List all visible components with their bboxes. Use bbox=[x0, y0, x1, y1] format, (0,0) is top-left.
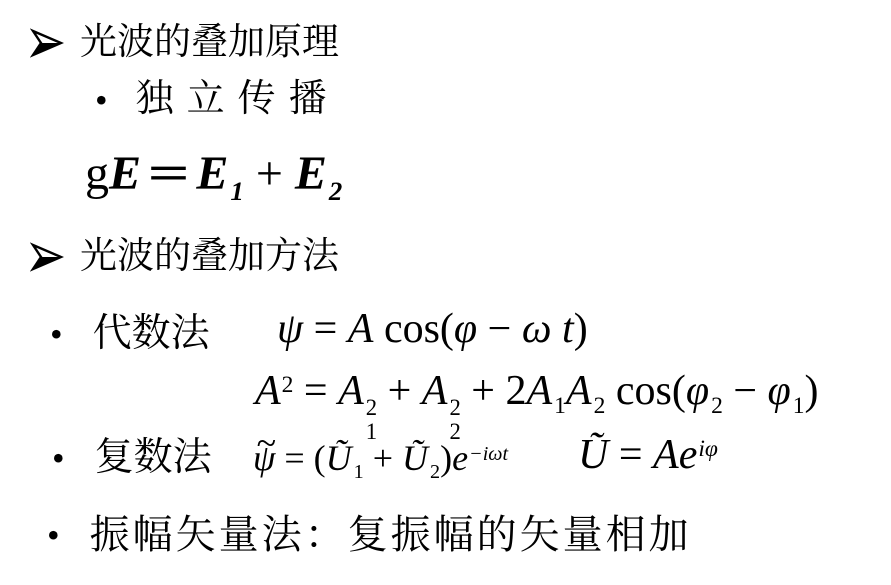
A1b-symbol: A bbox=[526, 368, 552, 414]
method-complex-label: 复数法 bbox=[95, 436, 212, 481]
A-symbol: A bbox=[653, 432, 679, 478]
E-total-symbol: E bbox=[109, 147, 141, 200]
plus-2-coefficient: + 2 bbox=[461, 368, 527, 414]
phi2-symbol: φ bbox=[686, 368, 709, 414]
plus-operator: + bbox=[364, 438, 402, 478]
heading-superposition-principle: 光波的叠加原理 bbox=[80, 22, 339, 65]
exponent-minus-iwt: −iωt bbox=[469, 443, 508, 465]
minus-operator: − bbox=[477, 306, 522, 352]
E1-subscript: 1 bbox=[230, 176, 243, 206]
cos-function: cos( bbox=[373, 306, 453, 352]
E2-symbol: E bbox=[295, 147, 327, 200]
plus-operator: + bbox=[377, 368, 422, 414]
A1-superscript: 2 bbox=[366, 396, 377, 420]
A2b-symbol: A bbox=[566, 368, 592, 414]
tilde-accent: ~ bbox=[257, 425, 276, 461]
phi2-subscript: 2 bbox=[711, 393, 723, 419]
wide-equals-sign: = bbox=[147, 150, 189, 198]
item-independent-propagation: 独立传播 bbox=[136, 78, 340, 122]
slide: 光波的叠加原理 • 独立传播 gE=E1 + E2 光波的叠加方法 • 代数法 … bbox=[0, 0, 891, 585]
psi-symbol: ψ bbox=[277, 306, 303, 352]
U2-subscript: 2 bbox=[430, 461, 440, 483]
A2-superscript: 2 bbox=[449, 396, 460, 420]
formula-algebraic-wave: ψ = A cos(φ − ω t) bbox=[277, 308, 588, 350]
method-algebraic-row: • 代数法 bbox=[50, 312, 210, 357]
A2b-subscript: 2 bbox=[594, 393, 606, 419]
U-tilde-symbol: Ũ bbox=[578, 432, 608, 478]
equals-sign: = bbox=[303, 306, 348, 352]
phi-symbol: φ bbox=[454, 306, 477, 352]
equals-open-paren: = ( bbox=[275, 438, 325, 478]
U2-tilde-symbol: Ũ bbox=[402, 438, 428, 478]
method-vector-label: 振幅矢量法：复振幅的矢量相加 bbox=[90, 512, 692, 558]
A1b-subscript: 1 bbox=[554, 393, 566, 419]
A-symbol: A bbox=[255, 368, 281, 414]
dot-bullet-icon: • bbox=[47, 517, 60, 553]
heading-1-row: 光波的叠加原理 bbox=[30, 22, 339, 65]
cos-function: cos( bbox=[605, 368, 685, 414]
A1-symbol: A bbox=[338, 368, 364, 414]
phi1-subscript: 1 bbox=[793, 393, 805, 419]
E2-subscript: 2 bbox=[329, 176, 342, 206]
dot-bullet-icon: • bbox=[52, 440, 65, 476]
equals-sign: = bbox=[608, 432, 653, 478]
dot-bullet-icon: • bbox=[50, 316, 63, 352]
heading-superposition-methods: 光波的叠加方法 bbox=[80, 236, 339, 279]
omega-symbol: ω bbox=[522, 306, 552, 352]
U1-subscript: 1 bbox=[354, 461, 364, 483]
item-independent-row: • 独立传播 bbox=[95, 78, 340, 122]
close-paren: ) bbox=[574, 306, 588, 352]
close-paren: ) bbox=[440, 438, 452, 478]
exponent-iphi: iφ bbox=[698, 436, 718, 462]
phi1-symbol: φ bbox=[768, 368, 791, 414]
method-complex-row: • 复数法 bbox=[52, 436, 212, 481]
method-algebraic-label: 代数法 bbox=[93, 312, 210, 357]
dot-bullet-icon: • bbox=[95, 82, 108, 118]
U1-tilde-symbol: Ũ bbox=[326, 438, 352, 478]
formula-complex-amplitude: Ũ = Aeiφ bbox=[578, 434, 718, 476]
formula-complex-wave: ~ψ = (Ũ1 + Ũ2)e−iωt bbox=[253, 440, 508, 482]
plus-operator: + bbox=[244, 147, 295, 200]
vector-prefix: g bbox=[85, 147, 109, 200]
heading-2-row: 光波的叠加方法 bbox=[30, 236, 339, 279]
A2-supsub: 22 bbox=[449, 396, 460, 444]
e-symbol: e bbox=[452, 438, 468, 478]
E1-symbol: E bbox=[196, 147, 228, 200]
method-vector-row: • 振幅矢量法：复振幅的矢量相加 bbox=[47, 512, 692, 558]
formula-algebraic-amplitude: A2 = A21 + A22 + 2A1A2 cos(φ2 − φ1) bbox=[255, 370, 819, 444]
amplitude-symbol: A bbox=[348, 306, 374, 352]
arrow-bullet-icon bbox=[30, 240, 64, 274]
A2-symbol: A bbox=[422, 368, 448, 414]
A1-supsub: 21 bbox=[366, 396, 377, 444]
e-symbol: e bbox=[679, 432, 698, 478]
psi-tilde-group: ~ψ bbox=[253, 440, 275, 476]
minus-operator: − bbox=[723, 368, 768, 414]
A-superscript: 2 bbox=[282, 372, 294, 398]
t-symbol: t bbox=[562, 306, 574, 352]
equals-sign: = bbox=[293, 368, 338, 414]
close-paren: ) bbox=[805, 368, 819, 414]
formula-superposition: gE=E1 + E2 bbox=[85, 150, 342, 205]
arrow-bullet-icon bbox=[30, 26, 64, 60]
